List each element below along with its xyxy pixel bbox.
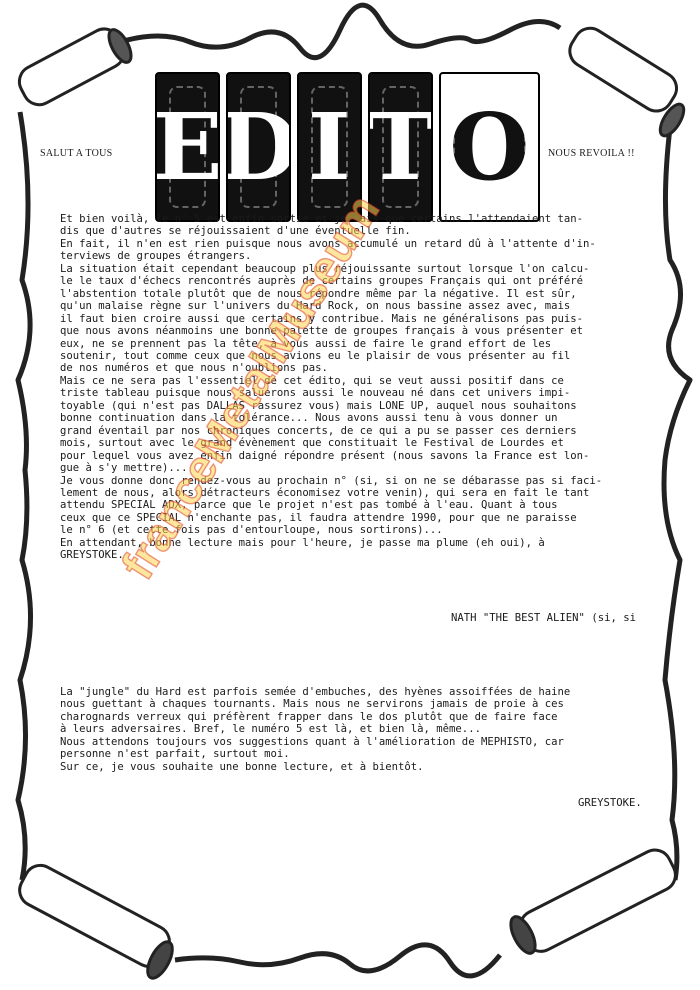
editorial-paragraph-2: La "jungle" du Hard est parfois semée d'… <box>60 686 650 773</box>
logo-letter-o: O <box>439 72 540 222</box>
scroll-roll-top-right <box>564 22 689 139</box>
edito-logo: E D I T O <box>155 72 540 222</box>
greeting-left: SALUT A TOUS <box>40 148 113 159</box>
logo-letter-t: T <box>368 72 433 222</box>
logo-letter-d: D <box>226 72 291 222</box>
logo-letter-e: E <box>155 72 220 222</box>
scroll-roll-top-left <box>14 23 136 110</box>
logo-letter-i: I <box>297 72 362 222</box>
scroll-roll-bottom-right <box>506 844 681 956</box>
signature-nath: NATH "THE BEST ALIEN" (si, si <box>451 612 636 624</box>
signature-greystoke: GREYSTOKE. <box>578 797 642 809</box>
greeting-right: NOUS REVOILA !! <box>548 148 635 159</box>
editorial-paragraph-1: Et bien voilà, le n° 5 est enfin sortie … <box>60 213 650 562</box>
scroll-roll-bottom-left <box>14 860 177 982</box>
